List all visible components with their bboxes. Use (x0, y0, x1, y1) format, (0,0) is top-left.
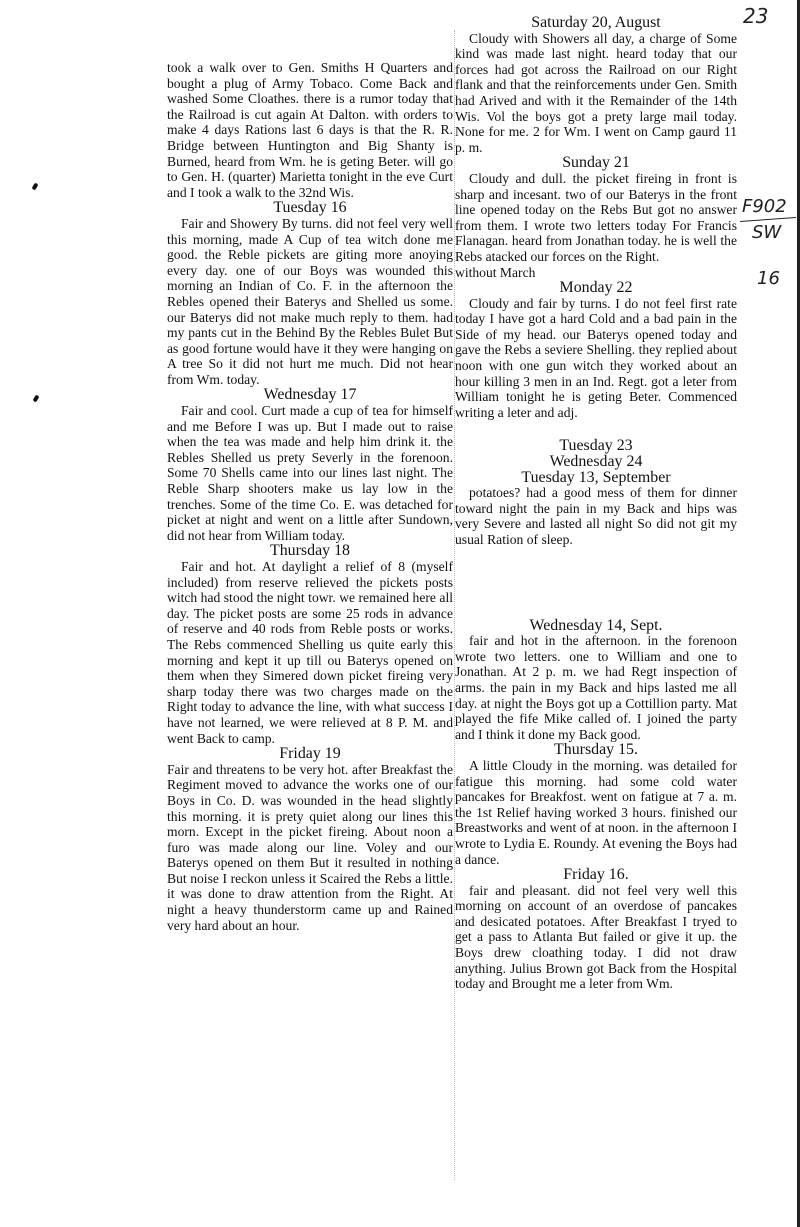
diary-entry-text: Fair and Showery By turns. did not feel … (167, 216, 453, 388)
entry-date-heading: Saturday 20, August (455, 15, 737, 31)
diary-entry-text: Fair and hot. At daylight a relief of 8 … (167, 559, 453, 746)
entry-date-heading: Friday 19 (167, 746, 453, 762)
margin-annotation: F902 (742, 196, 787, 217)
left-column: took a walk over to Gen. Smiths H Quarte… (167, 60, 453, 933)
diary-entry-text: potatoes? had a good mess of them for di… (455, 485, 737, 547)
diary-entry-text: took a walk over to Gen. Smiths H Quarte… (167, 60, 453, 200)
spacer (455, 420, 737, 438)
spacer (455, 548, 737, 618)
diary-entry-text: Cloudy with Showers all day, a charge of… (455, 31, 737, 156)
entry-date-heading: Monday 22 (455, 280, 737, 296)
diary-entry-text: A little Cloudy in the morning. was deta… (455, 758, 737, 867)
entry-date-heading: Wednesday 24 (455, 454, 737, 470)
diary-entry-text: fair and hot in the afternoon. in the fo… (455, 633, 737, 742)
entry-date-heading: Thursday 18 (167, 543, 453, 559)
diary-entry-text: Cloudy and dull. the picket fireing in f… (455, 171, 737, 265)
diary-entry-text: Cloudy and fair by turns. I do not feel … (455, 296, 737, 421)
diary-entry-text: fair and pleasant. did not feel very wel… (455, 883, 737, 992)
binding-mark (32, 182, 39, 190)
entry-date-heading: Tuesday 13, September (455, 470, 737, 486)
page-number: 23 (743, 4, 768, 28)
margin-annotation: SW (752, 222, 781, 243)
right-column: Saturday 20, August Cloudy with Showers … (455, 15, 737, 992)
entry-date-heading: Thursday 15. (455, 742, 737, 758)
entry-date-heading: Tuesday 23 (455, 438, 737, 454)
margin-annotation: 16 (757, 268, 780, 289)
entry-date-heading: Wednesday 14, Sept. (455, 618, 737, 634)
diary-entry-text: Fair and cool. Curt made a cup of tea fo… (167, 403, 453, 543)
diary-entry-text: Fair and threatens to be very hot. after… (167, 762, 453, 934)
binding-mark (33, 394, 40, 402)
diary-entry-note: without March (455, 265, 737, 281)
entry-date-heading: Tuesday 16 (167, 200, 453, 216)
entry-date-heading: Sunday 21 (455, 155, 737, 171)
entry-date-heading: Wednesday 17 (167, 387, 453, 403)
entry-date-heading: Friday 16. (455, 867, 737, 883)
